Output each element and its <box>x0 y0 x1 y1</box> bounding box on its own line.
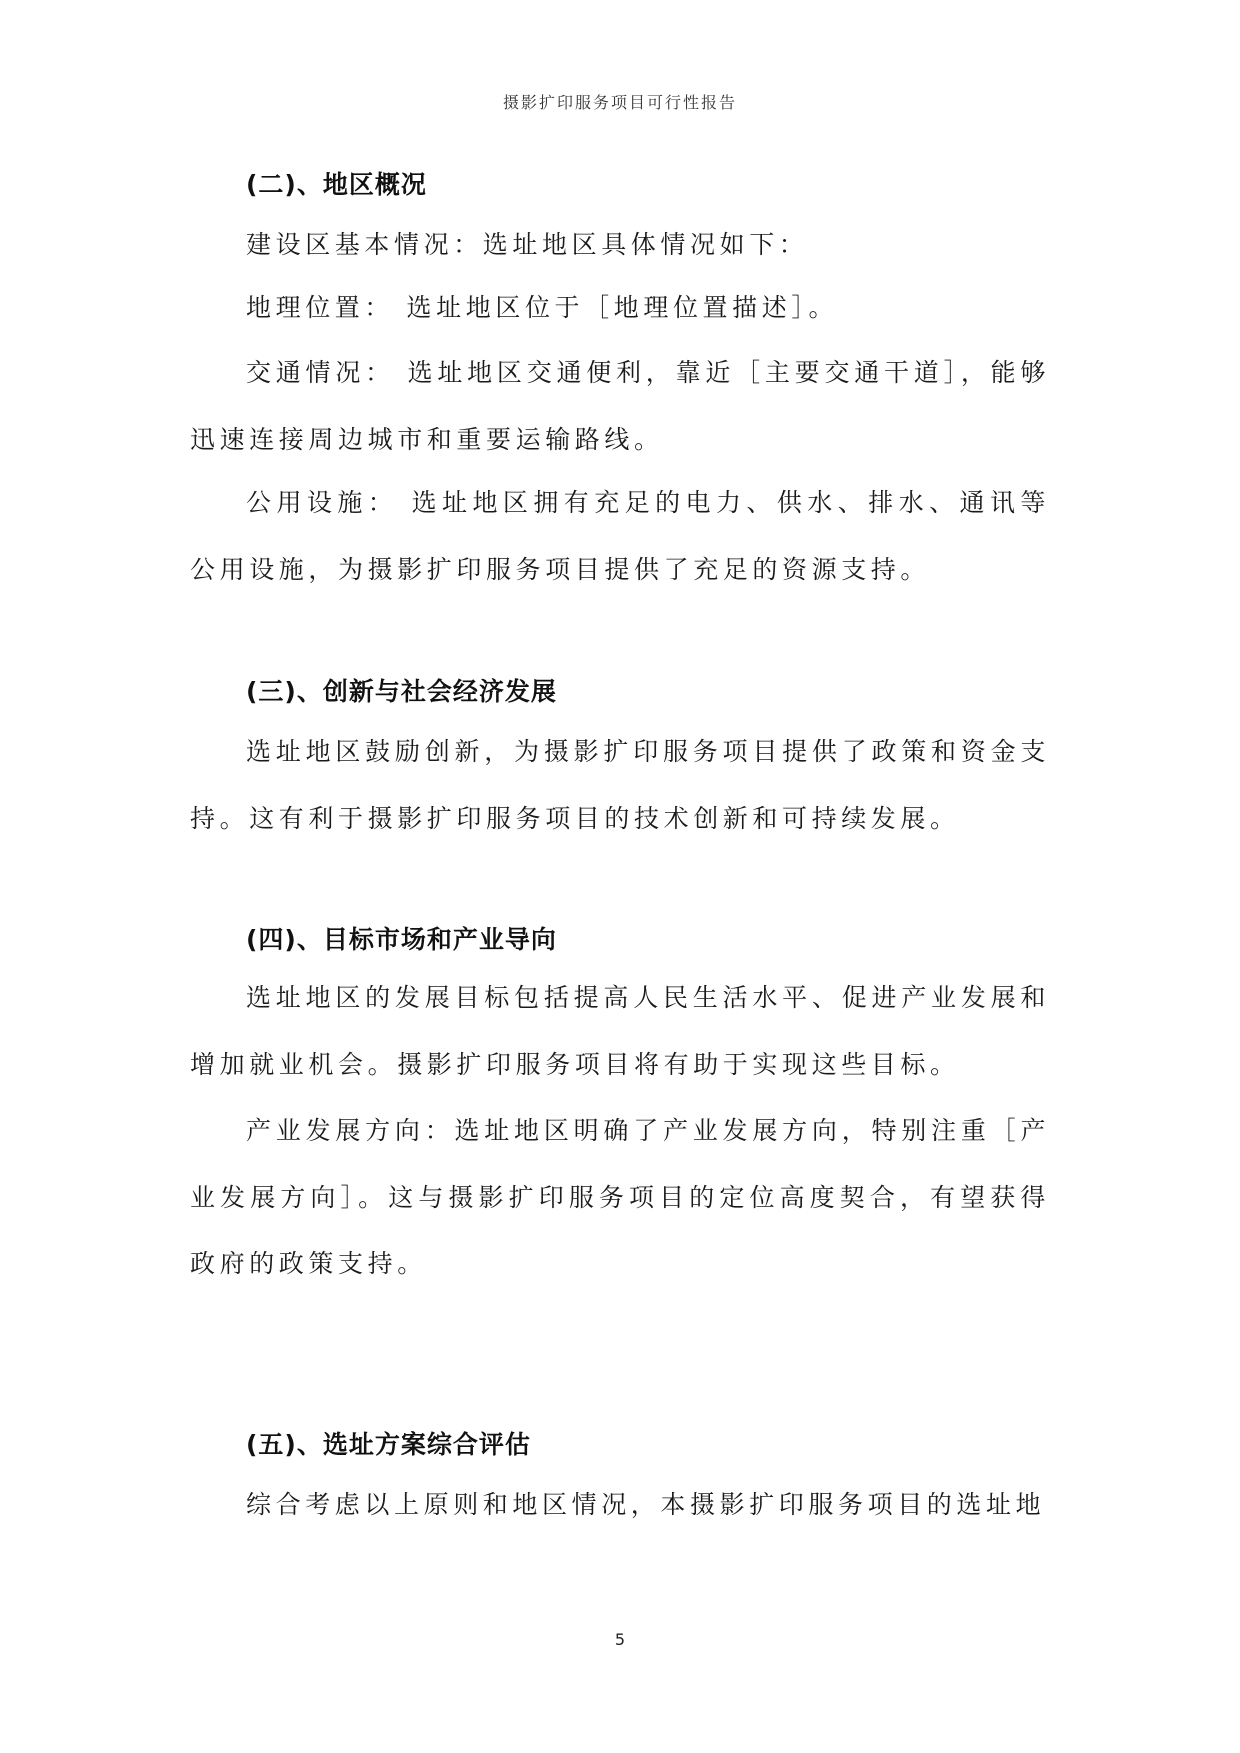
section-heading-2: (二)、地区概况 <box>246 165 427 201</box>
section-heading-4: (四)、目标市场和产业导向 <box>246 920 557 956</box>
paragraph-evaluation: 综合考虑以上原则和地区情况，本摄影扩印服务项目的选址地 <box>190 1472 1050 1539</box>
running-header: 摄影扩印服务项目可行性报告 <box>0 90 1240 113</box>
page-number: 5 <box>0 1630 1240 1649</box>
section-heading-5: (五)、选址方案综合评估 <box>246 1425 531 1461</box>
paragraph-location: 地理位置： 选址地区位于［地理位置描述］。 <box>190 275 1050 342</box>
paragraph-site-overview: 建设区基本情况：选址地区具体情况如下： <box>190 212 1050 279</box>
paragraph-innovation: 选址地区鼓励创新，为摄影扩印服务项目提供了政策和资金支持。这有利于摄影扩印服务项… <box>190 719 1050 852</box>
document-page: 摄影扩印服务项目可行性报告 (二)、地区概况 建设区基本情况：选址地区具体情况如… <box>0 0 1240 1753</box>
paragraph-transport: 交通情况： 选址地区交通便利，靠近［主要交通干道］，能够迅速连接周边城市和重要运… <box>190 340 1050 473</box>
paragraph-utilities: 公用设施： 选址地区拥有充足的电力、供水、排水、通讯等公用设施，为摄影扩印服务项… <box>190 470 1050 603</box>
paragraph-development-goals: 选址地区的发展目标包括提高人民生活水平、促进产业发展和增加就业机会。摄影扩印服务… <box>190 965 1050 1098</box>
section-heading-3: (三)、创新与社会经济发展 <box>246 672 557 708</box>
paragraph-industry-direction: 产业发展方向：选址地区明确了产业发展方向，特别注重［产业发展方向］。这与摄影扩印… <box>190 1098 1050 1298</box>
